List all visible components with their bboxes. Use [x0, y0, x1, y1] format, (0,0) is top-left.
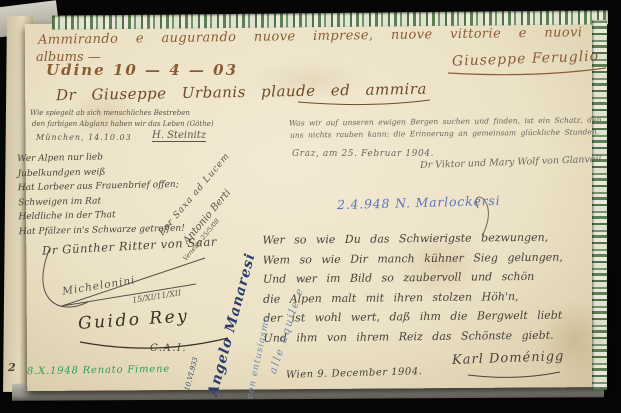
- entry-steinitz-dateline: München, 14.10.03: [36, 134, 132, 142]
- entry-opening-dateline: Udine 10 — 4 — 03: [46, 63, 238, 78]
- cover-decorative-band-right: [592, 20, 607, 390]
- entry-steinitz-line2: den farbigen Abglanz haben wir das Leben…: [32, 121, 214, 128]
- entry-glanvell-dateline: Graz, am 25. Februar 1904.: [292, 150, 434, 159]
- page-number: 2: [8, 362, 16, 373]
- signature-karl-domenigg: Karl Doménigg: [452, 350, 565, 367]
- photo-of-album-page: 2 Ammirando e augurando nuove imprese, n…: [0, 0, 621, 413]
- entry-steinitz-line1: Wie spiegelt ab sich menschliches Bestre…: [30, 110, 190, 117]
- entry-rey-club: C.A.I.: [150, 344, 187, 354]
- entry-main-poem-line6: Und ihm von ihrem Reiz das Schönste gieb…: [263, 325, 593, 348]
- entry-main-poem-line2: Wem so wie Dir manch kühner Sieg gelunge…: [263, 247, 593, 270]
- signature-h-steinitz: H. Steinitz: [152, 131, 206, 142]
